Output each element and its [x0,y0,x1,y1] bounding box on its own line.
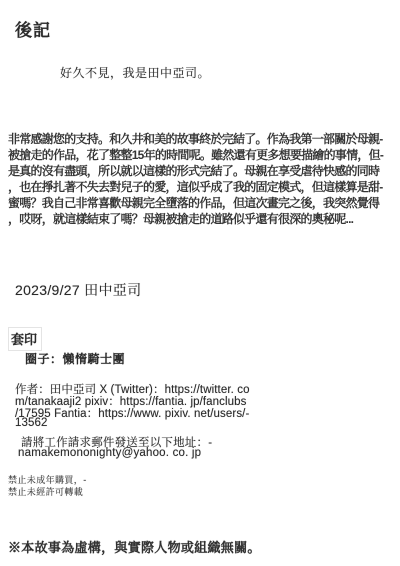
circle-name: 圈子：懶惰騎士團 [25,350,125,367]
author-info-line: /17595 Fantia：https://www. pixiv. net/us… [15,405,249,421]
afterword-paragraph-line: 被搶走的作品，花了整整15年的時間呢。雖然還有更多想要描繪的事情，但- [8,146,383,163]
greeting-text: 好久不見，我是田中亞司。 [60,64,210,81]
afterword-heading: 後記 [15,16,51,41]
signature-date: 2023/9/27 田中亞司 [15,280,141,300]
email-address: namakemononighty@yahoo. co. jp [18,447,201,459]
fiction-disclaimer: ※本故事為虛構，與實際人物或組織無關。 [8,537,261,556]
author-info-line: 13562 [15,417,47,429]
afterword-paragraph-line: 蜜嗎？我自己非常喜歡母親完全墮落的作品，但這次畫完之後，我突然覺得 [8,194,379,211]
reprint-notice: 禁止未經許可轉載 [8,485,83,498]
afterword-paragraph-line: 是真的沒有盡頭，所以就以這樣的形式完結了。母親在享受虐待快感的同時 [8,162,379,179]
edition-label: 套印 [8,327,42,351]
afterword-paragraph-line: ，也在掙扎著不失去對兒子的愛，這似乎成了我的固定模式，但這樣算是甜- [8,178,383,195]
afterword-paragraph-line: ，哎呀，就這樣結束了嗎？母親被搶走的道路似乎還有很深的奧秘呢... [8,210,353,227]
afterword-paragraph-line: 非常感謝您的支持。和久井和美的故事終於完結了。作為我第一部關於母親- [8,130,383,147]
afterword-page: 後記 好久不見，我是田中亞司。 非常感謝您的支持。和久井和美的故事終於完結了。作… [0,0,400,566]
